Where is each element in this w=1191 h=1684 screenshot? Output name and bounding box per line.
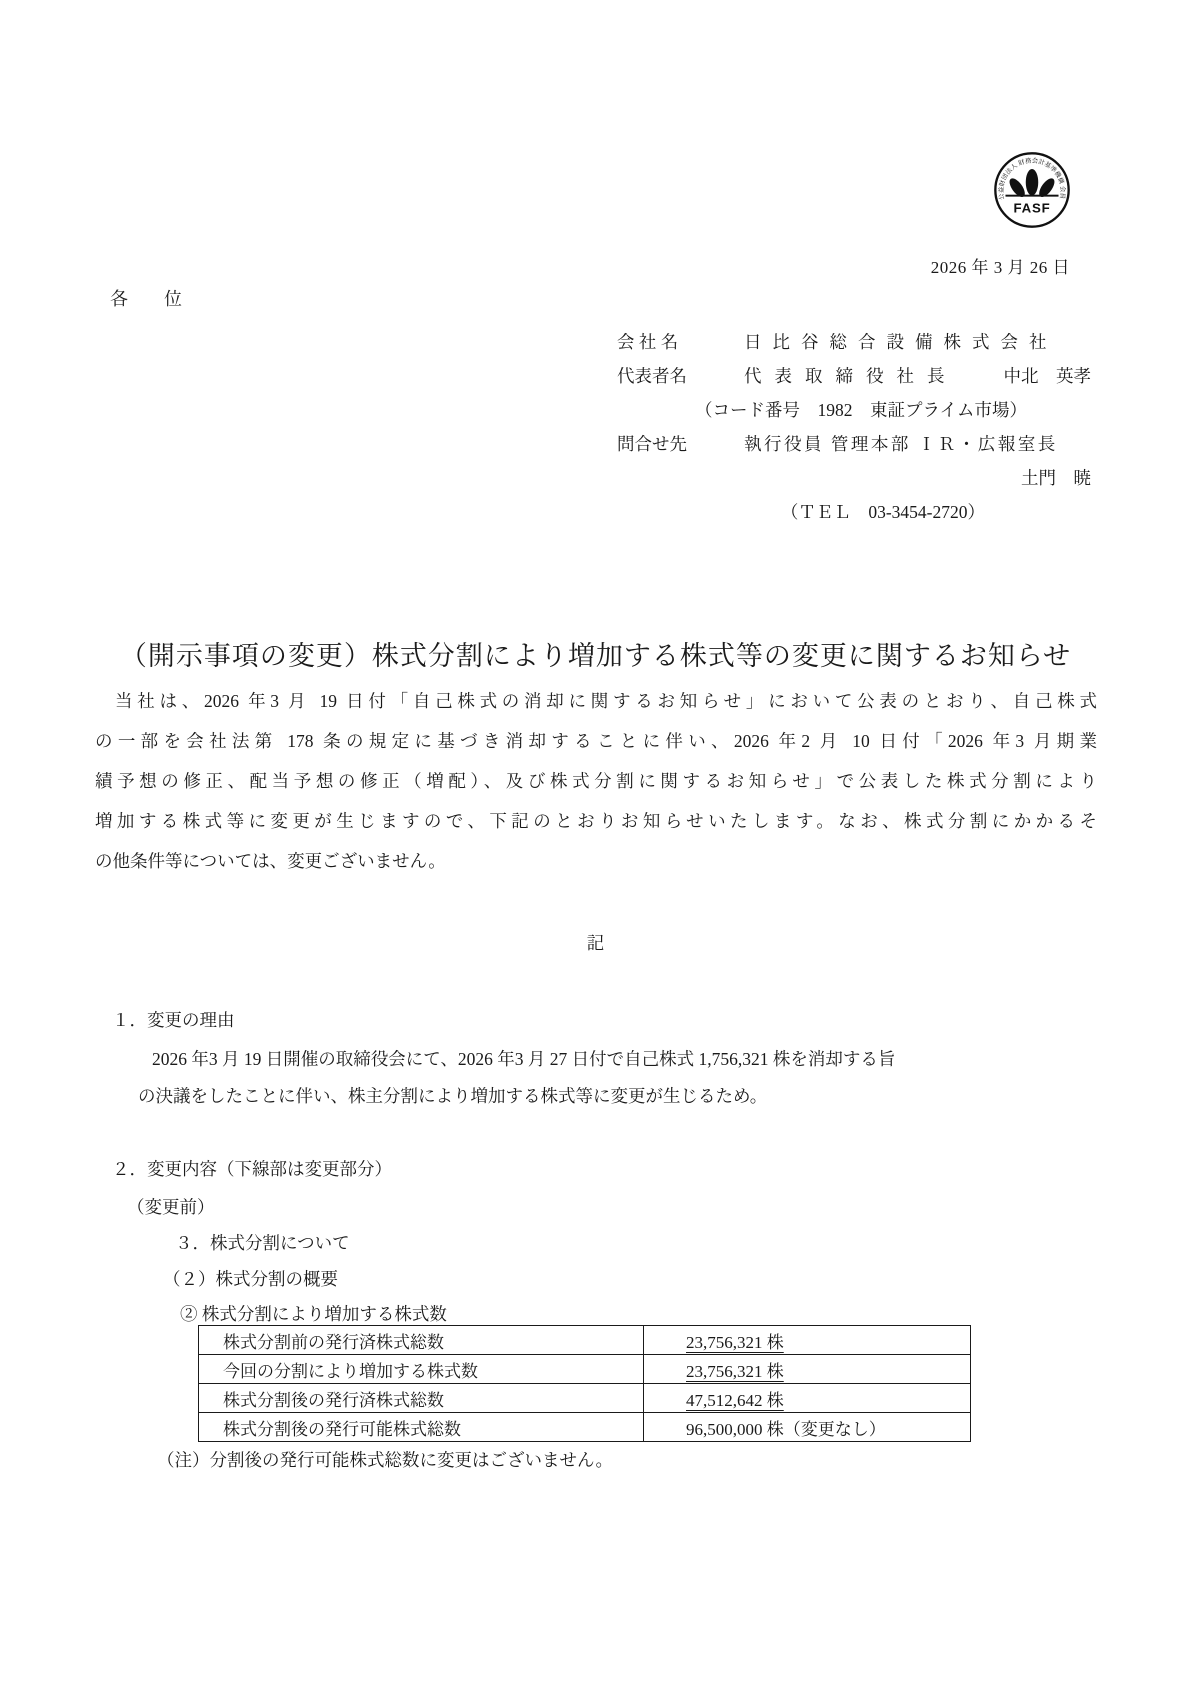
lead-paragraph-line: 績予想の修正、配当予想の修正（増配）、及び株式分割に関するお知らせ」で公表した株… [95,761,1097,801]
table-row: 株式分割後の発行可能株式総数 96,500,000 株（変更なし） [199,1413,971,1442]
issuer-tel-line: （ＴＥＬ 03-3454-2720） [617,500,1091,534]
fasf-petal-center [1026,169,1038,196]
recipient-line: 各 位 [110,285,182,311]
table-row-label: 株式分割後の発行可能株式総数 [199,1413,644,1442]
representative-label: 代表者名 [617,364,744,398]
lead-paragraph: 当社は、2026 年3 月 19 日付「自己株式の消却に関するお知らせ」において… [95,681,1097,881]
contact-label: 問合せ先 [617,432,744,466]
issuer-code-line: （コード番号 1982 東証プライム市場） [617,398,1091,432]
issuer-contact-name-line: 土門 暁 [617,466,1091,500]
document-date: 2026 年 3 月 26 日 [0,253,1070,278]
table-note: （注）分割後の発行可能株式総数に変更はございません。 [157,1447,613,1473]
table-row-value-cell: 96,500,000 株（変更なし） [644,1413,971,1442]
fasf-wordmark: FASF [1014,201,1051,216]
contact-title: 執行役員 管理本部 ＩＲ・広報室長 [744,432,1058,466]
issuer-company-line: 会 社 名 日比谷総合設備株式会社 [617,330,1091,364]
document-page: 公益財団法人 財務会計基準機構 会員 FASF 2026 年 3 月 26 日 … [0,0,1191,1684]
table-row-value: 96,500,000 株（変更なし） [686,1420,886,1439]
section2-sub-heading: ３．株式分割について [175,1230,350,1256]
section2-heading: ２．変更内容（下線部は変更部分） [112,1156,392,1182]
section1-heading: １．変更の理由 [112,1007,235,1033]
fasf-logo-icon: 公益財団法人 財務会計基準機構 会員 FASF [993,151,1071,229]
tel-text: （ＴＥＬ 03-3454-2720） [781,500,985,534]
company-name-value: 日比谷総合設備株式会社 [744,330,1058,364]
contact-name: 土門 暁 [1021,466,1091,500]
share-split-table: 株式分割前の発行済株式総数 23,756,321 株 今回の分割により増加する株… [198,1325,971,1442]
table-row: 今回の分割により増加する株式数 23,756,321 株 [199,1355,971,1384]
table-row-value-cell: 23,756,321 株 [644,1326,971,1355]
table-row-value: 23,756,321 株 [686,1333,784,1352]
lead-paragraph-line: 増加する株式等に変更が生じますので、下記のとおりお知らせいたします。なお、株式分… [95,801,1097,841]
table-row-label: 株式分割後の発行済株式総数 [199,1384,644,1413]
section2-subsub-heading: （２）株式分割の概要 [163,1266,338,1292]
table-row-value-cell: 23,756,321 株 [644,1355,971,1384]
issuer-block: 会 社 名 日比谷総合設備株式会社 代表者名 代表取締役社長 中北 英孝 （コー… [617,330,1091,534]
section2-before-label: （変更前） [127,1194,215,1220]
lead-paragraph-line: 当社は、2026 年3 月 19 日付「自己株式の消却に関するお知らせ」において… [95,681,1097,721]
lead-paragraph-line: の一部を会社法第 178 条の規定に基づき消却することに伴い、2026 年2 月… [95,721,1097,761]
record-marker: 記 [0,930,1191,955]
fasf-baseline [1005,195,1058,197]
representative-title: 代表取締役社長 [744,364,958,398]
table-row-value: 23,756,321 株 [686,1362,784,1381]
company-name-label: 会 社 名 [617,330,744,364]
issuer-contact-line: 問合せ先 執行役員 管理本部 ＩＲ・広報室長 [617,432,1091,466]
table-row: 株式分割後の発行済株式総数 47,512,642 株 [199,1384,971,1413]
section1-text-line2: の決議をしたことに伴い、株主分割により増加する株式等に変更が生じるため。 [138,1083,767,1109]
section2-item-heading: ② 株式分割により増加する株式数 [180,1301,447,1327]
table-row-value-cell: 47,512,642 株 [644,1384,971,1413]
table-row-value: 47,512,642 株 [686,1391,784,1410]
representative-name: 中北 英孝 [1004,364,1092,398]
table-row-label: 株式分割前の発行済株式総数 [199,1326,644,1355]
table-row: 株式分割前の発行済株式総数 23,756,321 株 [199,1326,971,1355]
table-row-label: 今回の分割により増加する株式数 [199,1355,644,1384]
lead-paragraph-line: の他条件等については、変更ございません。 [95,841,1097,881]
stock-code-text: （コード番号 1982 東証プライム市場） [695,398,1027,432]
section1-text-line1: 2026 年3 月 19 日開催の取締役会にて、2026 年3 月 27 日付で… [152,1046,895,1072]
issuer-representative-line: 代表者名 代表取締役社長 中北 英孝 [617,364,1091,398]
document-title: （開示事項の変更）株式分割により増加する株式等の変更に関するお知らせ [0,634,1191,673]
